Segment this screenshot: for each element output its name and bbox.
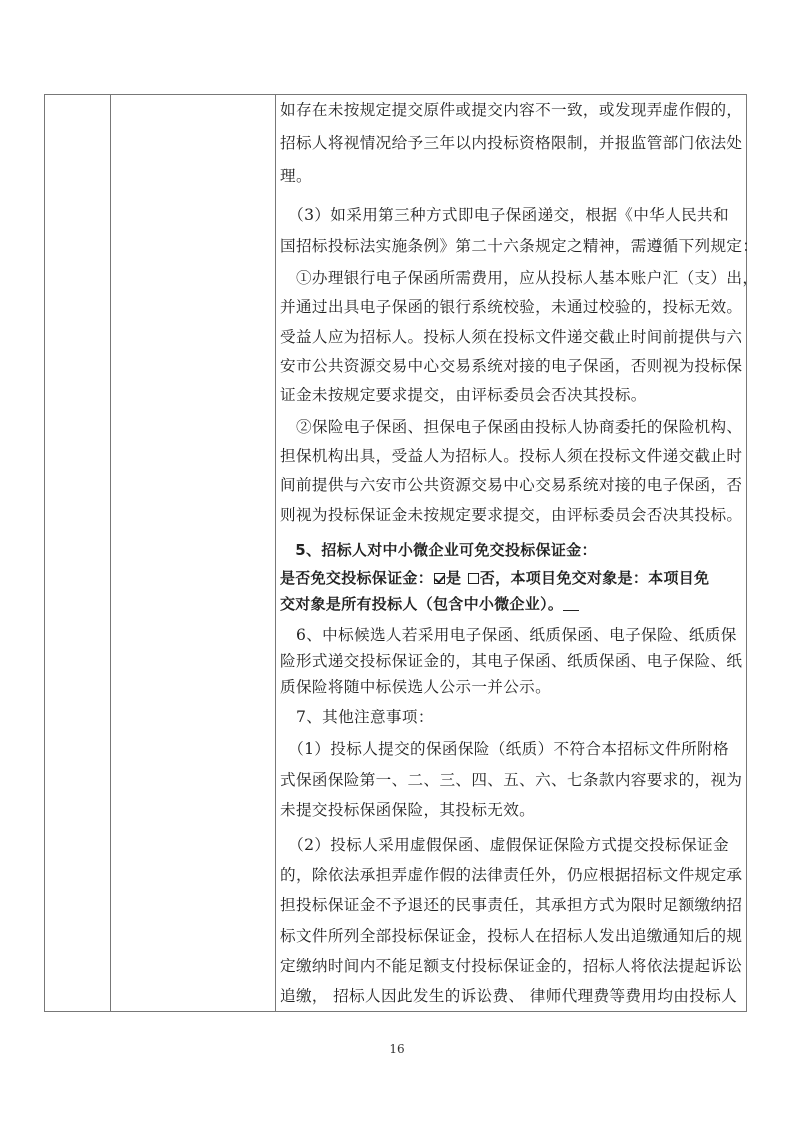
- document-table: 如存在未按规定提交原件或提交内容不一致，或发现弄虚作假的， 招标人将视情况给予三…: [44, 94, 747, 1012]
- text-line: 如存在未按规定提交原件或提交内容不一致，或发现弄虚作假的，: [280, 101, 742, 119]
- text-line: 定缴纳时间内不能足额支付投标保证金的，招标人将依法提起诉讼: [280, 957, 742, 975]
- table-column-index: [45, 95, 111, 1011]
- text-line: 安市公共资源交易中心交易系统对接的电子保函，否则视为投标保: [280, 357, 742, 375]
- exemption-target: 交对象是所有投标人（包含中小微企业）。: [280, 595, 579, 613]
- text-line: ②保险电子保函、担保电子保函由投标人协商委托的保险机构、: [280, 418, 742, 436]
- exemption-label: 是否免交投标保证金：: [280, 569, 433, 587]
- text-line: 追缴， 招标人因此发生的诉讼费、 律师代理费等费用均由投标人: [280, 987, 737, 1005]
- text-line: 证金未按规定要求提交，由评标委员会否决其投标。: [280, 386, 647, 404]
- text-line: 险形式递交投标保证金的，其电子保函、纸质保函、电子保险、纸: [280, 652, 742, 670]
- option-yes-label: 是: [446, 569, 461, 587]
- text-line: ①办理银行电子保函所需费用，应从投标人基本账户汇（支）出，: [280, 269, 758, 287]
- text-line: （3）如采用第三种方式即电子保函递交，根据《中华人民共和: [280, 206, 729, 224]
- exemption-target-text: 交对象是所有投标人（包含中小微企业）。: [280, 595, 563, 613]
- text-line: 招标人将视情况给予三年以内投标资格限制，并报监管部门依法处: [280, 134, 742, 152]
- section-heading-7: 7、其他注意事项：: [280, 708, 434, 726]
- text-line: 标文件所列全部投标保证金，投标人在招标人发出追缴通知后的规: [280, 927, 742, 945]
- checkbox-no-icon[interactable]: [468, 573, 479, 584]
- checkbox-yes-icon[interactable]: [434, 573, 445, 584]
- text-line: 未提交投标保函保险，其投标无效。: [280, 801, 535, 819]
- text-line: 6、中标候选人若采用电子保函、纸质保函、电子保险、纸质保: [280, 626, 737, 644]
- text-line: 质保险将随中标侯选人公示一并公示。: [280, 678, 551, 696]
- text-line: 受益人应为招标人。投标人须在投标文件递交截止时间前提供与六: [280, 328, 742, 346]
- text-line: 理。: [280, 167, 312, 185]
- table-column-content: 如存在未按规定提交原件或提交内容不一致，或发现弄虚作假的， 招标人将视情况给予三…: [277, 95, 746, 1011]
- text-line: 的，除依法承担弄虚作假的法律责任外，仍应根据招标文件规定承: [280, 866, 742, 884]
- text-line: 担保机构出具，受益人为招标人。投标人须在投标文件递交截止时: [280, 447, 742, 465]
- section-heading-5: 5、招标人对中小微企业可免交投标保证金：: [280, 541, 597, 559]
- text-line: 担投标保证金不予退还的民事责任，其承担方式为限时足额缴纳招: [280, 896, 742, 914]
- option-no-label: 否，本项目免交对象是：本项目免: [480, 569, 710, 587]
- page-number: 16: [0, 1042, 794, 1056]
- text-line: 并通过出具电子保函的银行系统校验，未通过校验的，投标无效。: [280, 298, 742, 316]
- text-line: 间前提供与六安市公共资源交易中心交易系统对接的电子保函，否: [280, 476, 742, 494]
- exemption-question: 是否免交投标保证金：是 否，本项目免交对象是：本项目免: [280, 569, 709, 587]
- text-line: 则视为投标保证金未按规定要求提交，由评标委员会否决其投标。: [280, 506, 742, 524]
- text-line: （1）投标人提交的保函保险（纸质）不符合本招标文件所附格: [280, 740, 729, 758]
- blank-underline: [563, 596, 579, 611]
- text-line: （2）投标人采用虚假保函、虚假保证保险方式提交投标保证金: [280, 836, 729, 854]
- table-column-item: [111, 95, 276, 1011]
- text-line: 国招标投标法实施条例》第二十六条规定之精神，需遵循下列规定：: [280, 237, 758, 255]
- text-line: 式保函保险第一、二、三、四、五、六、七条款内容要求的，视为: [280, 771, 742, 789]
